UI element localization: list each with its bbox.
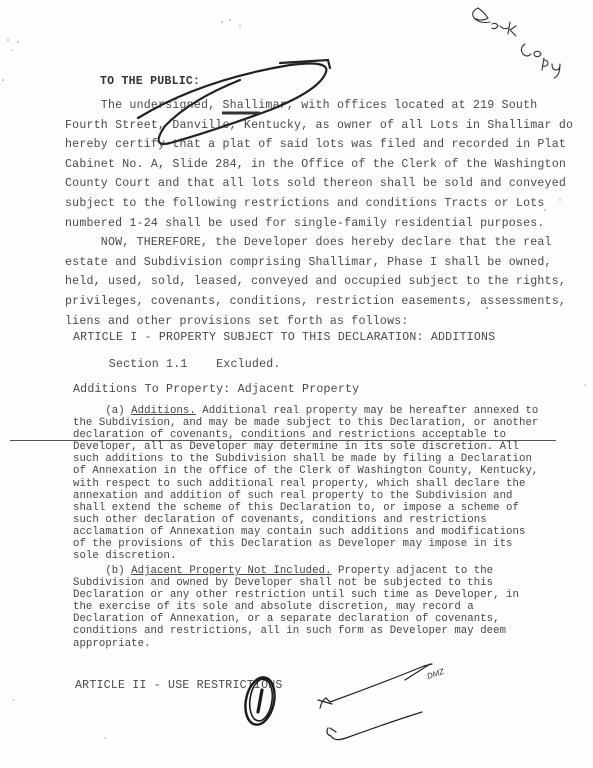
para-b-line: appropriate.	[73, 638, 151, 650]
intro-line: privileges, covenants, conditions, restr…	[65, 295, 566, 308]
para-a-line: Developer, all as Developer may determin…	[73, 441, 519, 453]
para-a-first-line: (a) Additions. Additional real property …	[73, 405, 538, 417]
ink-signature-lines	[318, 664, 432, 740]
article-2-heading: ARTICLE II - USE RESTRICTIONS	[75, 679, 283, 692]
para-a-line: such other declaration of covenants, con…	[73, 514, 487, 526]
section-1-1: Section 1.1 Excluded.	[73, 358, 281, 371]
handwritten-note-back-copy	[473, 8, 560, 78]
intro-line: County Court and that all lots sold ther…	[65, 177, 566, 190]
para-a-line: acclamation of Annexation may contain su…	[73, 526, 525, 538]
signature-initials: DMZ	[426, 667, 446, 681]
intro-line: subject to the following restrictions an…	[65, 197, 545, 210]
para-b-first-line: (b) Adjacent Property Not Included. Prop…	[73, 565, 493, 577]
para-b-line: the exercise of its sole and absolute di…	[73, 601, 474, 613]
intro-line: numbered 1-24 shall be used for single-f…	[65, 217, 545, 230]
intro-line: Fourth Street, Danville, Kentucky, as ow…	[65, 119, 573, 132]
intro-line: liens and other provisions set forth as …	[65, 315, 409, 328]
para-a-line: sole discretion.	[73, 550, 176, 562]
additions-heading: Additions To Property: Adjacent Property	[73, 383, 359, 396]
para-a-line: of the provisions of this Declaration as…	[73, 538, 513, 550]
para-a-line: with respect to such additional real pro…	[73, 478, 525, 490]
para-a-line: such additions to the Subdivision shall …	[73, 453, 532, 465]
horizontal-rule	[10, 440, 556, 441]
para-b-prefix: (b)	[73, 565, 131, 577]
para-a-line: shall extend the scheme of this Declarat…	[73, 502, 519, 514]
scanned-document-page: TO THE PUBLIC: The undersigned, Shallima…	[0, 0, 593, 768]
salutation: TO THE PUBLIC:	[100, 75, 200, 88]
para-b-line: Declaration or any other restriction unt…	[73, 589, 519, 601]
para-a-line: the Subdivision, and may be made subject…	[73, 417, 538, 429]
para-b-first-rest: Property adjacent to the	[332, 565, 494, 577]
intro-line: estate and Subdivision comprising Shalli…	[65, 256, 552, 269]
para-b-line: Subdivision and owned by Developer shall…	[73, 577, 493, 589]
intro-line: Cabinet No. A, Slide 284, in the Office …	[65, 158, 566, 171]
para-a-title: Additions.	[131, 405, 196, 417]
article-1-heading: ARTICLE I - PROPERTY SUBJECT TO THIS DEC…	[73, 331, 495, 344]
para-a-line: of Annexation in the office of the Clerk…	[73, 465, 538, 477]
para-a-prefix: (a)	[73, 405, 131, 417]
intro-line: hereby certify that a plat of said lots …	[65, 138, 566, 151]
intro-line: held, used, sold, leased, conveyed and o…	[65, 275, 566, 288]
intro-line: The undersigned, Shallimar, with offices…	[65, 99, 537, 112]
para-b-title: Adjacent Property Not Included.	[131, 565, 331, 577]
para-a-first-rest: Additional real property may be hereafte…	[196, 405, 539, 417]
intro-line: NOW, THEREFORE, the Developer does hereb…	[65, 236, 552, 249]
para-a-line: annexation and addition of such real pro…	[73, 490, 513, 502]
para-b-line: Declaration of Annexation, or a separate…	[73, 613, 500, 625]
para-b-line: conditions and restrictions, all in such…	[73, 625, 506, 637]
